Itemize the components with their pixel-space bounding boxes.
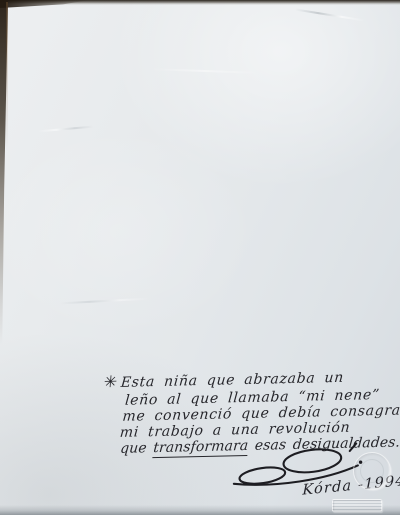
embossed-paper-stamp-icon (332, 499, 382, 512)
asterisk-marker: ✳ (103, 372, 119, 391)
inscription-line-1: ✳Esta niña que abrazaba un (103, 367, 345, 391)
embossed-circular-seal-icon (353, 452, 391, 490)
inscription-line-5-pre: que (120, 440, 154, 457)
photo-back: ✳Esta niña que abrazaba un leño al que l… (0, 0, 400, 515)
handwritten-inscription: ✳Esta niña que abrazaba un leño al que l… (0, 0, 400, 515)
embossed-seal-inner-ring (360, 459, 384, 483)
